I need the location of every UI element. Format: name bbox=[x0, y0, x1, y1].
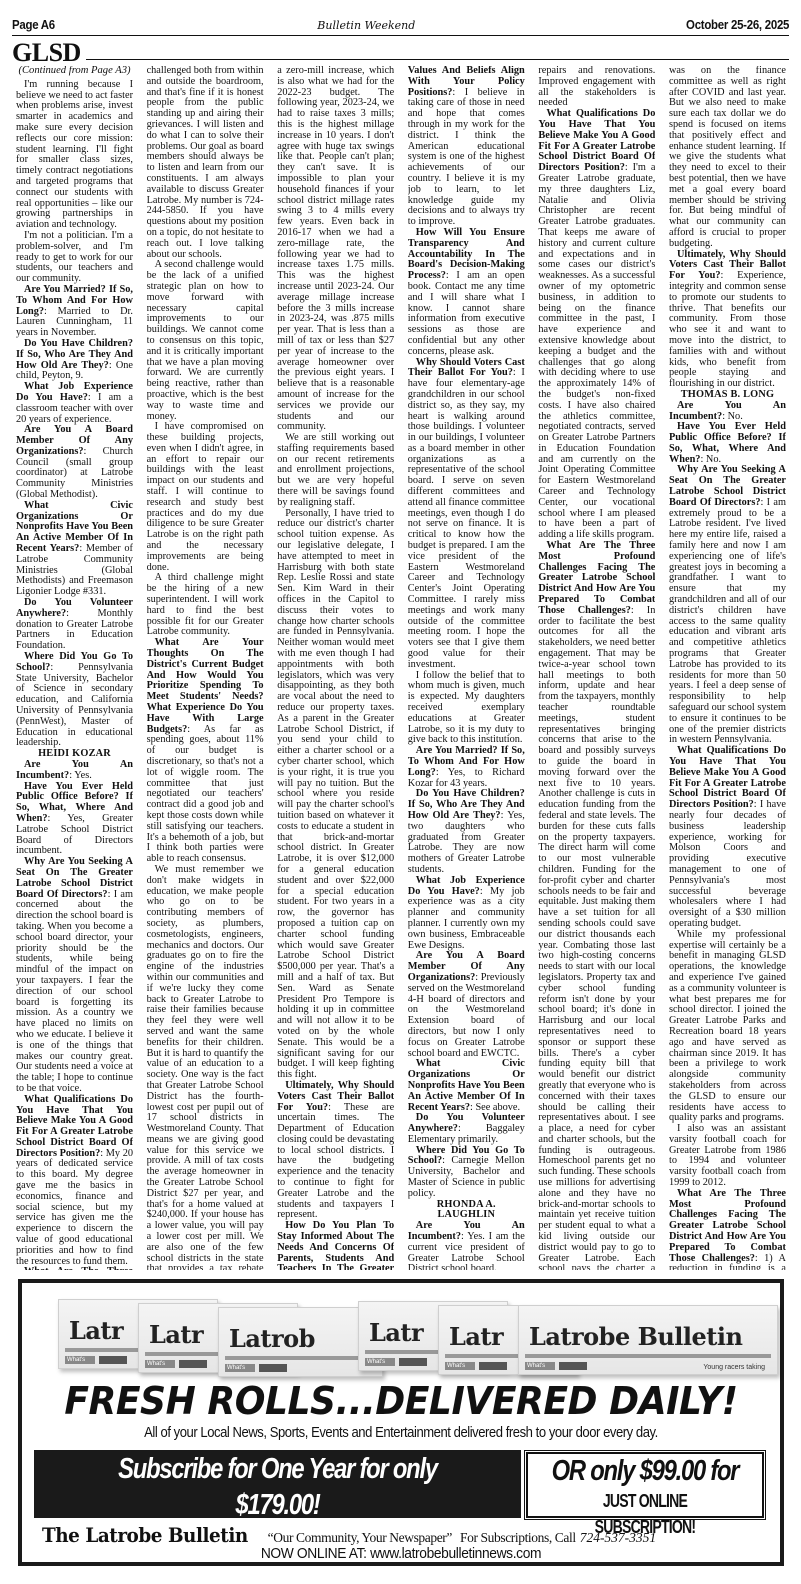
ad-headline: FRESH ROLLS...DELIVERED DAILY! bbox=[41, 1381, 761, 1421]
question-answer: Are You Married? If So, To Whom And For … bbox=[16, 285, 133, 339]
article-paragraph: a zero-mill increase, which is also what… bbox=[277, 66, 394, 433]
article-column-4: Values And Beliefs Align With Your Polic… bbox=[408, 66, 525, 1270]
article-column-1: (Continued from Page A3) I'm running bec… bbox=[16, 66, 133, 1270]
question-answer: Why Are You Seeking A Seat On The Greate… bbox=[669, 465, 786, 746]
online-only-offer[interactable]: OR only $99.00 for JUST ONLINE SUBSCRIPT… bbox=[526, 1452, 764, 1518]
question-text: Why Should Voters Cast Their Ballot For … bbox=[408, 357, 525, 379]
answer-text: : I have nearly four decades of business… bbox=[669, 799, 786, 929]
article-paragraph: I'm not a politician. I'm a problem-solv… bbox=[16, 231, 133, 285]
latrobe-bulletin-logo: The Latrobe Bulletin bbox=[42, 1523, 248, 1547]
question-answer: Have You Ever Held Public Office Before?… bbox=[16, 782, 133, 858]
question-answer: Values And Beliefs Align With Your Polic… bbox=[408, 66, 525, 228]
answer-text: : Previously served on the Westmoreland … bbox=[408, 972, 525, 1059]
question-answer: Do You Have Children? If So, Who Are The… bbox=[16, 339, 133, 382]
answer-text: : I'm a Greater Latrobe graduate, my thr… bbox=[538, 162, 655, 540]
article-paragraph: We must remember we don't make widgets i… bbox=[147, 865, 264, 1270]
question-answer: Do You Have Children? If So, Who Are The… bbox=[408, 789, 525, 875]
question-answer: Do You Volunteer Anywhere?: Baggaley Ele… bbox=[408, 1113, 525, 1145]
question-answer: Are You A Board Member Of Any Organizati… bbox=[16, 425, 133, 501]
online-offer-price: OR only $99.00 for bbox=[549, 1454, 741, 1488]
answer-text: : Experience, integrity and common sense… bbox=[669, 270, 786, 389]
question-text: What Are Your Thoughts On The District's… bbox=[147, 637, 264, 734]
question-answer: Are You An Incumbent?: Yes. bbox=[16, 760, 133, 782]
candidate-name: RHONDA A. LAUGHLIN bbox=[408, 1200, 525, 1222]
question-answer: Why Should Voters Cast Their Ballot For … bbox=[408, 358, 525, 671]
question-answer: How Will You Ensure Transparency And Acc… bbox=[408, 228, 525, 358]
section-rule bbox=[86, 59, 789, 60]
article-column-3: a zero-mill increase, which is also what… bbox=[277, 66, 394, 1270]
article-paragraph: I'm running because I believe we need to… bbox=[16, 80, 133, 231]
publication-name: Bulletin Weekend bbox=[317, 19, 415, 32]
question-answer: What Are The Three Most Profound Challen… bbox=[538, 541, 655, 1270]
article-column-2: challenged both from within and outside … bbox=[147, 66, 264, 1270]
question-answer: Where Did You Go To School?: Pennsylvani… bbox=[16, 652, 133, 749]
article-paragraph: While my professional expertise will cer… bbox=[669, 930, 786, 1124]
newspaper-roll: Latrobe BulletinWhat'sYoung racers takin… bbox=[518, 1305, 778, 1375]
subscription-call-label: For Subscriptions, Call bbox=[460, 1530, 576, 1546]
answer-text: : I am an open book. Contact me any time… bbox=[408, 270, 525, 357]
question-answer: What Qualifications Do You Have That You… bbox=[16, 1095, 133, 1268]
website-link[interactable]: NOW ONLINE AT: www.latrobebulletinnews.c… bbox=[52, 1545, 749, 1562]
question-answer: Do You Volunteer Anywhere?: Monthly dona… bbox=[16, 598, 133, 652]
article-paragraph: I also was an assistant varsity football… bbox=[669, 1124, 786, 1189]
question-answer: What Are Your Thoughts On The District's… bbox=[147, 638, 264, 865]
section-title: GLSD bbox=[12, 42, 81, 64]
subscription-phone[interactable]: 724-537-3351 bbox=[580, 1530, 657, 1546]
article-paragraph: I follow the belief that to whom much is… bbox=[408, 671, 525, 747]
question-answer: Why Are You Seeking A Seat On The Greate… bbox=[16, 857, 133, 1095]
ad-tagline: “Our Community, Your Newspaper” bbox=[268, 1530, 452, 1546]
answer-text: : My 20 years of dedicated service to th… bbox=[16, 1148, 133, 1267]
question-answer: Ultimately, Why Should Voters Cast Their… bbox=[277, 1081, 394, 1221]
subscription-ad[interactable]: LatrWhat's LatrWhat's LatrobWhat's LatrW… bbox=[18, 1279, 784, 1566]
answer-text: : I am extremely proud to be a Latrobe r… bbox=[669, 497, 786, 746]
question-answer: Have You Ever Held Public Office Before?… bbox=[669, 422, 786, 465]
question-answer: How Do You Plan To Stay Informed About T… bbox=[277, 1221, 394, 1270]
question-answer: What Are The Three Most Profound Challen… bbox=[16, 1267, 133, 1270]
page-folio: Page A6 Bulletin Weekend October 25-26, … bbox=[12, 10, 789, 36]
question-answer: What Job Experience Do You Have?: My job… bbox=[408, 876, 525, 952]
article-paragraph: A third challenge might be the hiring of… bbox=[147, 573, 264, 638]
question-answer: Where Did You Go To School?: Carnegie Me… bbox=[408, 1146, 525, 1200]
answer-text: : No. bbox=[722, 411, 743, 422]
article-column-5: repairs and renovations. Improved engage… bbox=[538, 66, 655, 1270]
question-text: What Are The Three Most Profound Challen… bbox=[16, 1266, 133, 1270]
ad-subheadline: All of your Local News, Sports, Events a… bbox=[60, 1425, 742, 1441]
question-answer: What Are The Three Most Profound Challen… bbox=[669, 1189, 786, 1270]
question-answer: Are You An Incumbent?: Yes. I am the cur… bbox=[408, 1221, 525, 1270]
article-paragraph: Personally, I have tried to reduce our d… bbox=[277, 509, 394, 1081]
answer-text: : Pennsylvania State University, Bachelo… bbox=[16, 662, 133, 749]
answer-text: : I have four elementary-age grandchildr… bbox=[408, 367, 525, 670]
article-paragraph: repairs and renovations. Improved engage… bbox=[538, 66, 655, 109]
article-paragraph: We are still working out staffing requir… bbox=[277, 433, 394, 509]
answer-text: : No. bbox=[700, 454, 721, 465]
article-paragraph: I have compromised on these building pro… bbox=[147, 422, 264, 573]
issue-date: October 25-26, 2025 bbox=[686, 17, 789, 32]
page-number: Page A6 bbox=[12, 17, 55, 32]
ad-brand-row: The Latrobe Bulletin “Our Community, You… bbox=[42, 1523, 768, 1547]
answer-text: : I am concerned about the direction the… bbox=[16, 889, 133, 1094]
question-answer: What Job Experience Do You Have?: I am a… bbox=[16, 382, 133, 425]
annual-subscription-offer[interactable]: Subscribe for One Year for only $179.00!… bbox=[34, 1450, 521, 1518]
section-header: GLSD bbox=[12, 40, 789, 64]
article-paragraph: A second challenge would be the lack of … bbox=[147, 260, 264, 422]
article-paragraph: challenged both from within and outside … bbox=[147, 66, 264, 260]
article-column-6: was on the finance committee as well as … bbox=[669, 66, 786, 1270]
question-answer: What Qualifications Do You Have That You… bbox=[538, 109, 655, 541]
continued-from: (Continued from Page A3) bbox=[16, 66, 133, 77]
article-body: (Continued from Page A3) I'm running bec… bbox=[16, 66, 786, 1270]
answer-text: : Yes. bbox=[69, 770, 92, 781]
question-answer: Ultimately, Why Should Voters Cast Their… bbox=[669, 250, 786, 390]
question-text: Have You Ever Held Public Office Before?… bbox=[669, 421, 786, 464]
question-answer: Are You Married? If So, To Whom And For … bbox=[408, 746, 525, 789]
question-answer: Are You An Incumbent?: No. bbox=[669, 401, 786, 423]
question-text: How Do You Plan To Stay Informed About T… bbox=[277, 1220, 394, 1270]
answer-text: : See above. bbox=[470, 1102, 520, 1113]
answer-text: : In order to facilitate the best outcom… bbox=[538, 605, 655, 1270]
answer-text: : I believe in taking care of those in n… bbox=[408, 87, 525, 228]
question-answer: What Civic Organizations Or Nonprofits H… bbox=[16, 501, 133, 598]
question-answer: What Qualifications Do You Have That You… bbox=[669, 746, 786, 930]
question-answer: What Civic Organizations Or Nonprofits H… bbox=[408, 1059, 525, 1113]
offer-price-line: Subscribe for One Year for only $179.00! bbox=[78, 1451, 477, 1523]
answer-text: : These are uncertain times. The Departm… bbox=[277, 1102, 394, 1221]
question-answer: Are You A Board Member Of Any Organizati… bbox=[408, 951, 525, 1059]
answer-text: : As far as spending goes, about 11% of … bbox=[147, 724, 264, 865]
article-paragraph: was on the finance committee as well as … bbox=[669, 66, 786, 250]
newspaper-rolls-image: LatrWhat's LatrWhat's LatrobWhat's LatrW… bbox=[58, 1295, 748, 1377]
